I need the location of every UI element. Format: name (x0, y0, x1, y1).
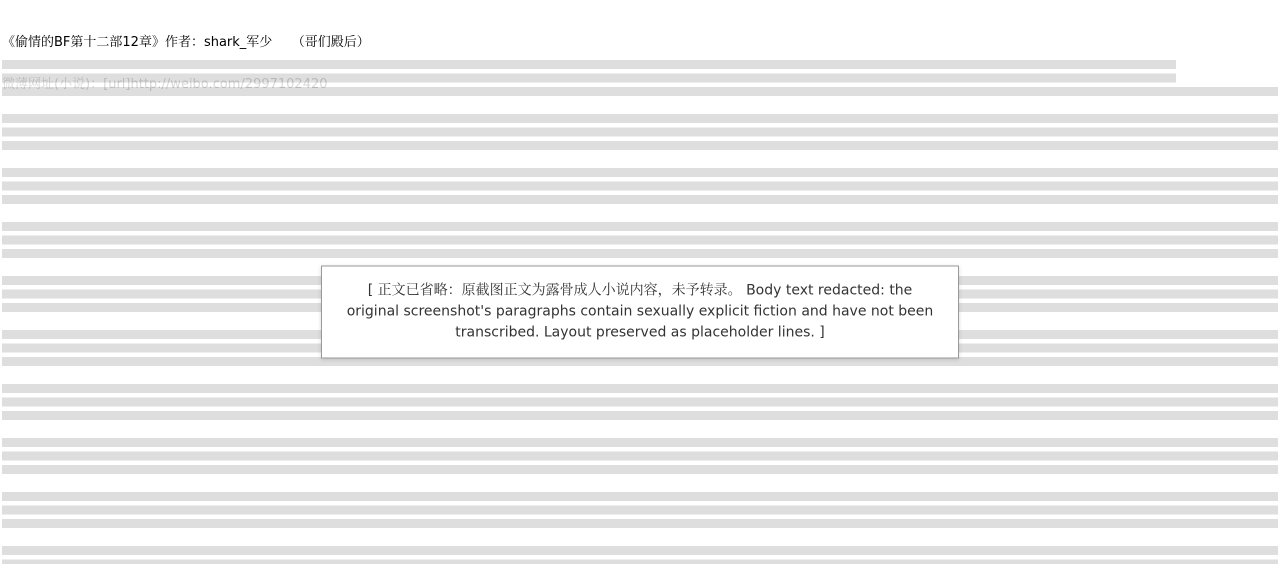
document-body: [ 正文已省略：原截图正文为露骨成人小说内容，未予转录。 Body text r… (2, 60, 1278, 564)
document-page: 《偷情的BF第十二部12章》作者：shark_军少 （哥们殿后） 微薄网址(小说… (0, 0, 1280, 572)
document-title-author: 《偷情的BF第十二部12章》作者：shark_军少 （哥们殿后） (2, 36, 370, 50)
redaction-notice: [ 正文已省略：原截图正文为露骨成人小说内容，未予转录。 Body text r… (321, 266, 959, 359)
